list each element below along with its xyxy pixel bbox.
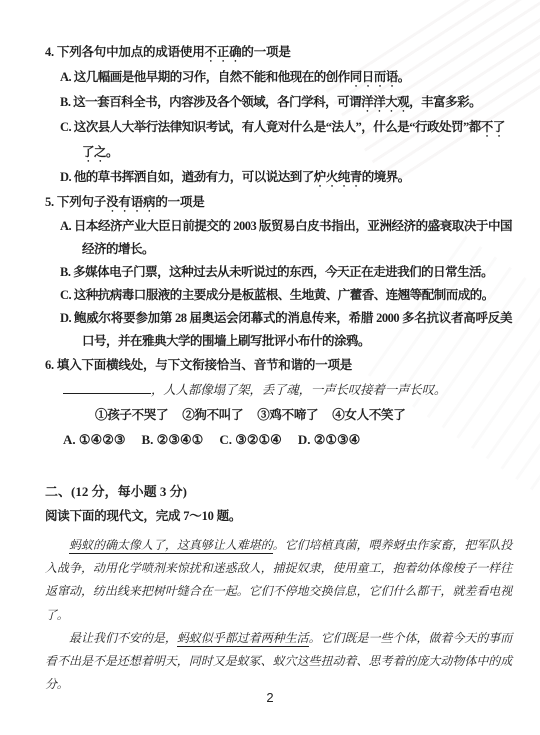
section-2-heading: 二、(12 分，每小题 3 分) [45,479,512,504]
question-6-answer-d: D. ②①③④ [298,427,361,452]
question-5-option-c: C. 这种抗病毒口服液的主要成分是板蓝根、生地黄、广藿香、连翘等配制而成的。 [60,284,512,307]
text-segment: 。 [106,145,118,159]
page-number: 2 [0,690,540,705]
emphasized-text: 炉火纯青 [314,170,362,184]
question-4-option-b: B. 这一套百科全书，内容涉及各个领域，各门学科，可谓洋洋大观，丰富多彩。 [60,90,512,115]
question-5: 5. 下列句子没有语病的一项是 A. 日本经济产业大臣日前提交的 2003 版贸… [45,190,512,353]
question-4: 4. 下列各句中加点的成语使用不正确的一项是 A. 这几幅画是他早期的习作，自然… [45,40,512,190]
underlined-text: 蚂蚁似乎都过着两种生活 [177,631,309,647]
question-4-option-a: A. 这几幅画是他早期的习作，自然不能和他现在的创作同日而语。 [60,65,512,90]
question-6-item-2: ②狗不叫了 [182,403,243,427]
passage-paragraph-1: 蚂蚁的确太像人了，这真够让人难堪的。它们培植真菌，喂养蚜虫作家畜，把军队投入战争… [45,534,512,627]
question-6-answers: A. ①④②③ B. ②③④① C. ③②①④ D. ②①③④ [63,427,512,452]
passage-paragraph-2: 最让我们不安的是，蚂蚁似乎都过着两种生活。它们既是一些个体，做着今天的事而看不出… [45,627,512,697]
question-4-option-c: C. 这次县人大举行法律知识考试，有人竟对什么是“法人”，什么是“行政处罚”都不… [60,115,512,165]
question-6-answer-c: C. ③②①④ [219,427,282,452]
question-6-item-3: ③鸡不啼了 [257,403,318,427]
emphasized-text: 不正确 [205,45,242,59]
question-6-answer-b: B. ②③④① [142,427,204,452]
text-segment: ，人人都像塌了架，丢了魂，一声长叹接着一声长叹。 [151,383,446,397]
question-5-option-a: A. 日本经济产业大臣日前提交的 2003 版贸易白皮书指出，亚洲经济的盛衰取决… [60,215,512,261]
text-segment: 的境界。 [362,170,410,184]
text-segment: 的一项是 [241,45,290,59]
emphasized-text: 洋洋大观 [361,95,409,109]
question-5-option-b: B. 多媒体电子门票，这种过去从未听说过的东西，今天正在走进我们的日常生活。 [60,261,512,284]
exam-content: 4. 下列各句中加点的成语使用不正确的一项是 A. 这几幅画是他早期的习作，自然… [0,0,540,696]
question-6-answer-a: A. ①④②③ [63,427,126,452]
text-segment: 5. 下列句子 [45,195,106,209]
text-segment: ，丰富多彩。 [409,95,481,109]
text-segment: B. 这一套百科全书，内容涉及各个领域，各门学科，可谓 [60,95,361,109]
question-6-title: 6. 填入下面横线处，与下文衔接恰当、音节和谐的一项是 [45,353,512,378]
text-segment: 的一项是 [155,195,204,209]
question-4-options: A. 这几幅画是他早期的习作，自然不能和他现在的创作同日而语。 B. 这一套百科… [60,65,512,190]
exam-page: 4. 下列各句中加点的成语使用不正确的一项是 A. 这几幅画是他早期的习作，自然… [0,0,540,735]
underlined-text: 蚂蚁的确太像人了，这真够让人难堪的 [69,538,273,554]
emphasized-text: 没有语病 [106,195,155,209]
text-segment: 最让我们不安的是， [69,631,177,645]
text-segment: 。 [398,70,410,84]
section-2-instruction: 阅读下面的现代文，完成 7～10 题。 [45,504,512,529]
question-4-option-d: D. 他的草书挥洒自如，遒劲有力，可以说达到了炉火纯青的境界。 [60,165,512,190]
text-segment: D. 他的草书挥洒自如，遒劲有力，可以说达到了 [60,170,314,184]
text-segment: A. 这几幅画是他早期的习作，自然不能和他现在的创作 [60,70,350,84]
question-6-items: ①孩子不哭了 ②狗不叫了 ③鸡不啼了 ④女人不笑了 [95,403,512,427]
question-6: 6. 填入下面横线处，与下文衔接恰当、音节和谐的一项是 ，人人都像塌了架，丢了魂… [45,353,512,452]
question-4-title: 4. 下列各句中加点的成语使用不正确的一项是 [45,40,512,65]
question-5-title: 5. 下列句子没有语病的一项是 [45,190,512,215]
emphasized-text: 同日而语 [350,70,398,84]
section-2: 二、(12 分，每小题 3 分) 阅读下面的现代文，完成 7～10 题。 蚂蚁的… [45,479,512,696]
question-6-item-4: ④女人不笑了 [332,403,405,427]
question-5-option-d: D. 鲍威尔将要参加第 28 届奥运会闭幕式的消息传来，希腊 2000 多名抗议… [60,307,512,353]
question-5-options: A. 日本经济产业大臣日前提交的 2003 版贸易白皮书指出，亚洲经济的盛衰取决… [60,215,512,353]
text-segment: 4. 下列各句中加点的成语使用 [45,45,205,59]
question-6-context-sentence: ，人人都像塌了架，丢了魂，一声长叹接着一声长叹。 [63,378,512,403]
fill-blank-line [63,381,151,394]
text-segment: C. 这次县人大举行法律知识考试，有人竟对什么是“法人”，什么是“行政处罚”都 [60,120,481,134]
question-6-item-1: ①孩子不哭了 [95,403,168,427]
reading-passage: 蚂蚁的确太像人了，这真够让人难堪的。它们培植真菌，喂养蚜虫作家畜，把军队投入战争… [45,534,512,696]
